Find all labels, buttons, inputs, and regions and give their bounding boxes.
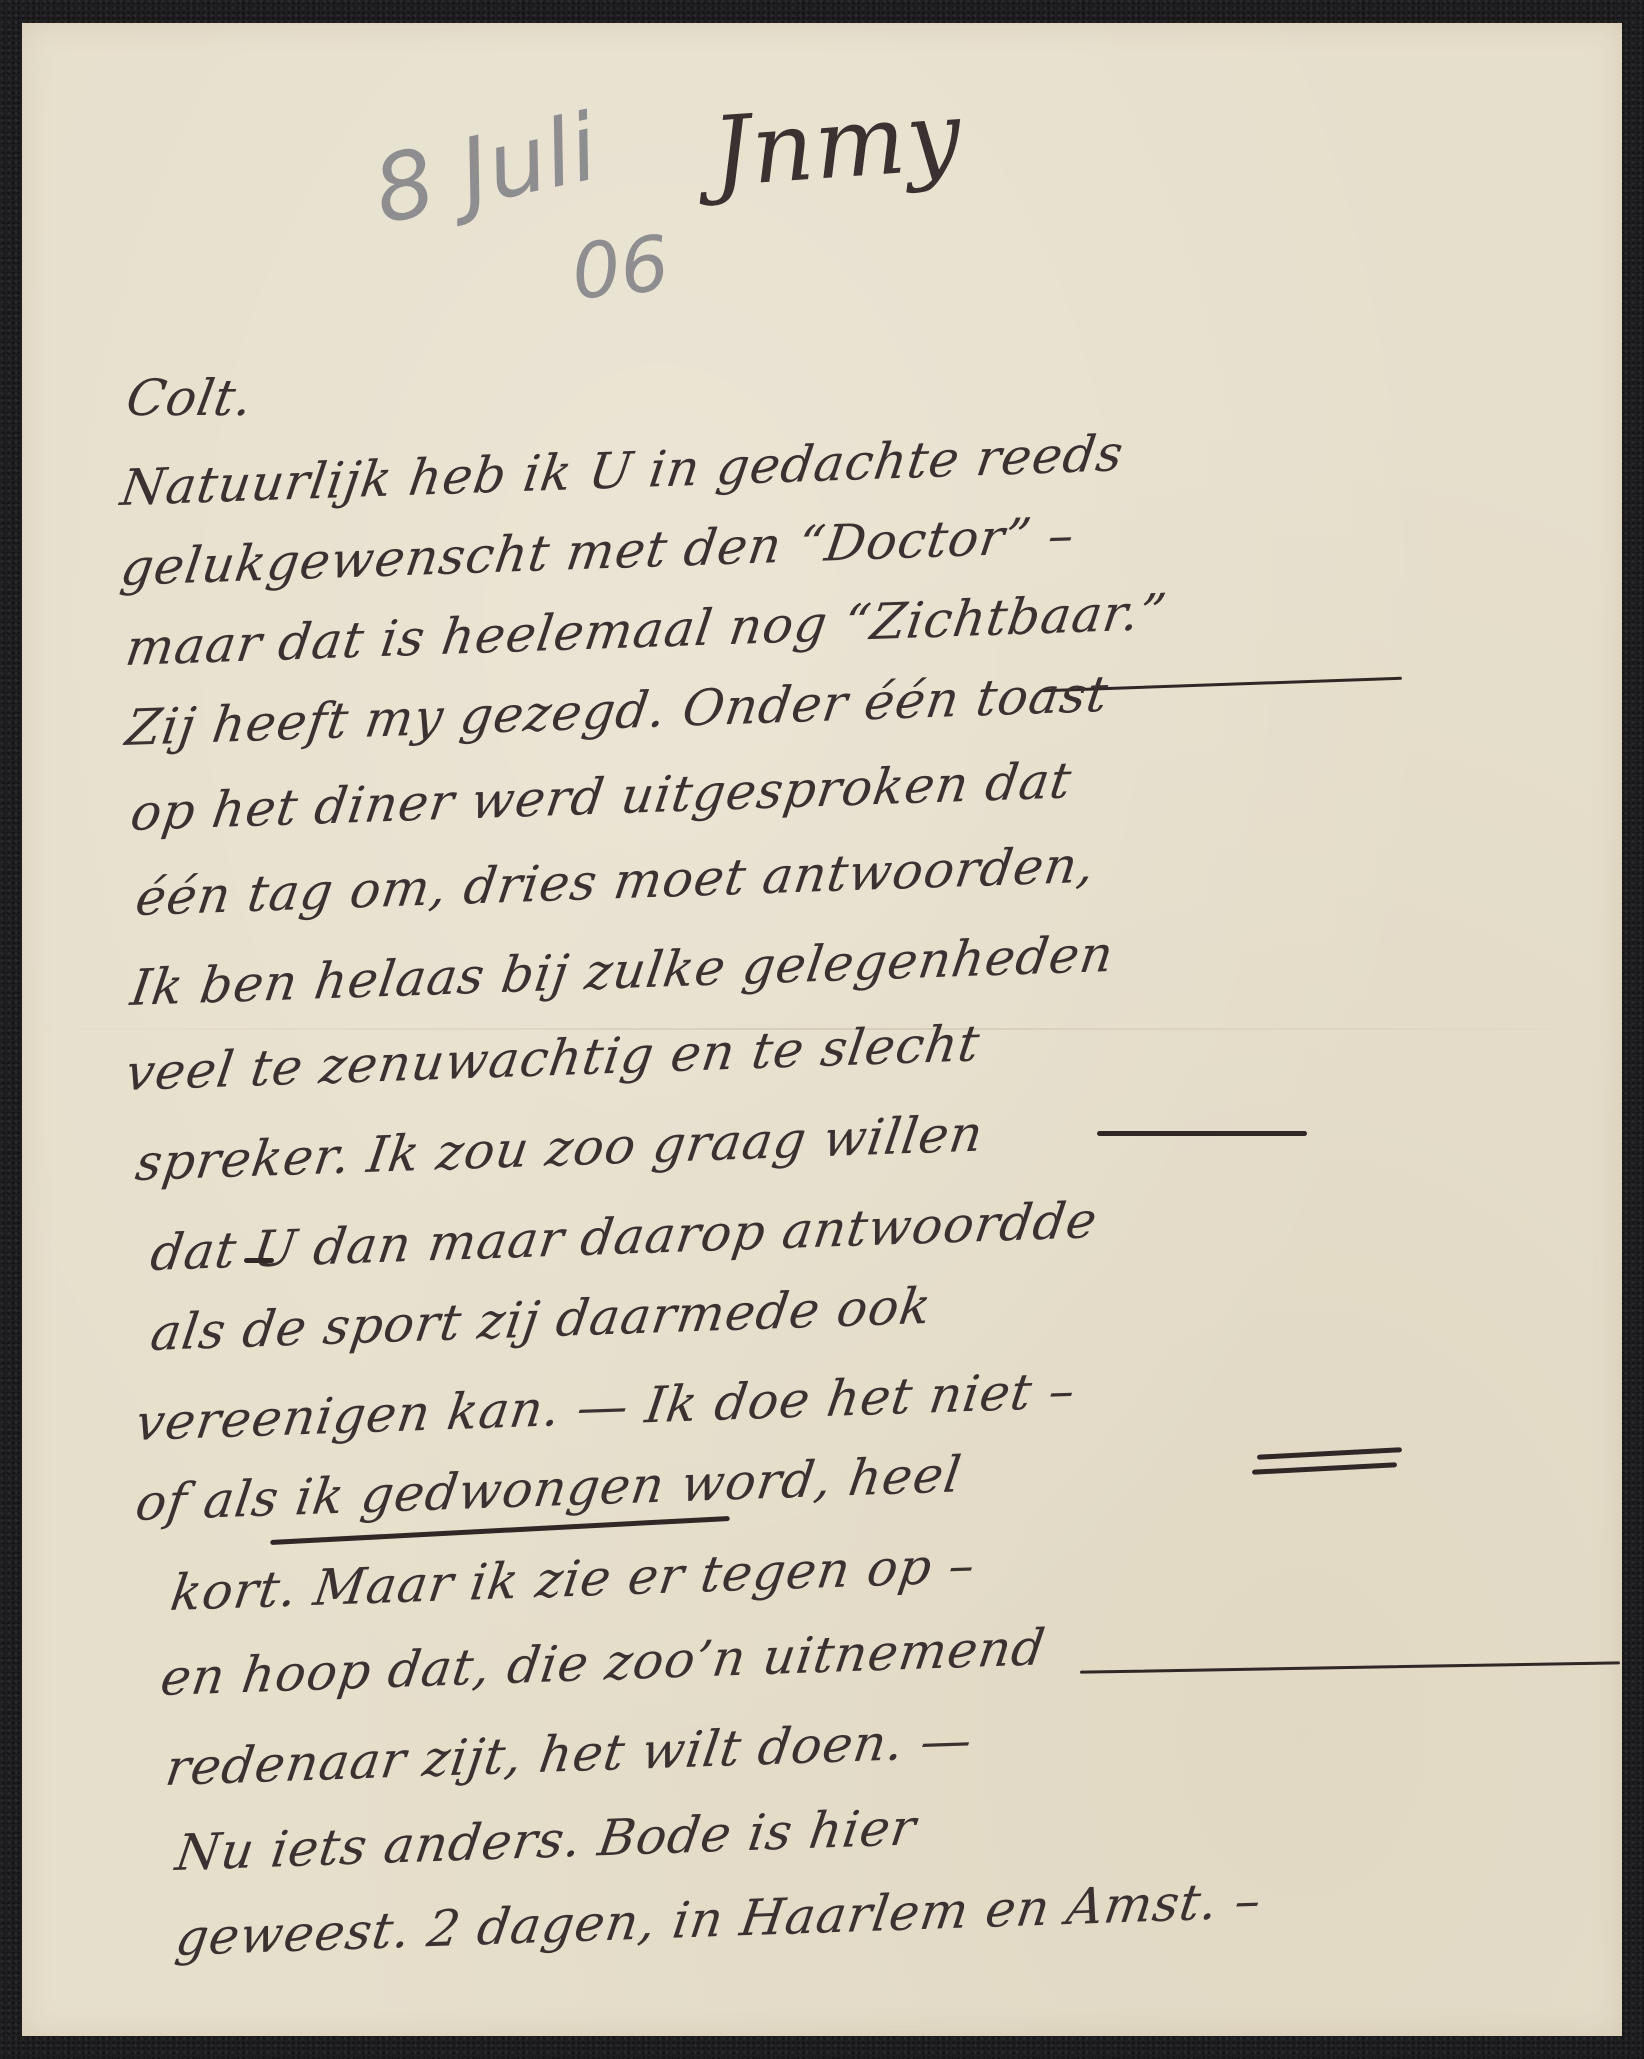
body-line: veel te zenuwachtig en te slecht — [122, 1013, 984, 1103]
body-line: op het diner werd uitgesproken dat — [127, 750, 1076, 843]
body-line: vereenigen kan. — Ik doe het niet – — [132, 1360, 1080, 1453]
body-line: gelukgewenscht met den “Doctor” – — [117, 505, 1079, 598]
pencil-date-year: 06 — [568, 218, 673, 317]
salutation: Colt. — [122, 368, 258, 428]
overline-de-sport — [244, 1258, 274, 1263]
body-line: redenaar zijt, het wilt doen. — — [162, 1710, 977, 1798]
underline-slecht — [1097, 1131, 1307, 1136]
body-line: maar dat is heelemaal nog “Zichtbaar.” — [122, 582, 1171, 678]
body-line: en hoop dat, die zoo’n uitnemend — [157, 1617, 1049, 1708]
body-line: spreker. Ik zou zoo graag willen — [132, 1104, 987, 1193]
body-line: of als ik gedwongen word, heel — [132, 1444, 965, 1533]
pencil-date-year-block: 06 — [568, 218, 673, 317]
underline-uitnemend — [1080, 1661, 1620, 1673]
letter-page: 8 Juli 06 Jnmy Colt. Natuurlijk heb ik U… — [22, 23, 1622, 2036]
body-line: als de sport zij daarmede ook — [147, 1276, 936, 1363]
double-underline-heel-1 — [1257, 1447, 1402, 1460]
body-line: dat U dan maar daarop antwoordde — [147, 1190, 1101, 1283]
body-line: Natuurlijk heb ik U in gedachte reeds — [117, 423, 1128, 518]
pencil-date: 8 Juli — [365, 94, 607, 245]
body-line: geweest. 2 dagen, in Haarlem en Amst. – — [172, 1870, 1266, 1968]
body-line: één tag om, dries moet antwoorden, — [132, 835, 1099, 928]
body-line: Zij heeft my gezegd. Onder één toast — [122, 664, 1112, 758]
body-line: Nu iets anders. Bode is hier — [172, 1797, 920, 1883]
body-line: Ik ben helaas bij zulke gelegenheden — [127, 924, 1118, 1018]
body-line: kort. Maar ik zie er tegen op – — [167, 1535, 979, 1623]
double-underline-heel-2 — [1252, 1462, 1397, 1475]
pencil-date-day-month: 8 Juli — [365, 94, 607, 245]
letter-place: Jnmy — [708, 79, 965, 208]
place-text: Jnmy — [708, 79, 965, 208]
scan-background: 8 Juli 06 Jnmy Colt. Natuurlijk heb ik U… — [0, 0, 1644, 2059]
